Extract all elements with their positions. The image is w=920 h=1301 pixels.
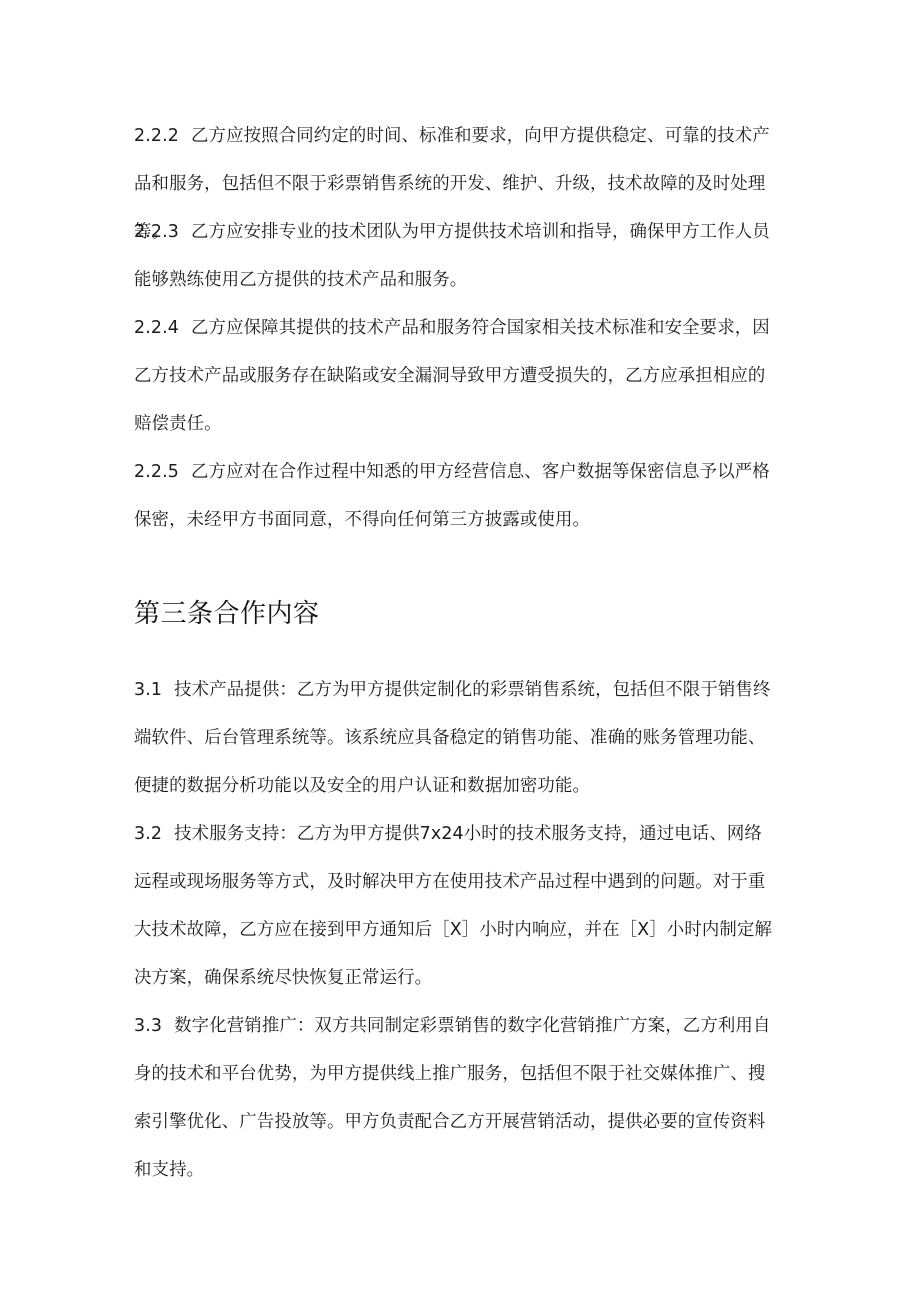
clause-number: 2.2.2 [134, 126, 179, 146]
clause-number: 2.2.3 [134, 222, 179, 242]
clause-3-1: 3.1技术产品提供：乙方为甲方提供定制化的彩票销售系统，包括但不限于销售终端软件… [134, 666, 774, 810]
clause-text: 数字化营销推广：双方共同制定彩票销售的数字化营销推广方案，乙方利用自身的技术和平… [134, 1016, 771, 1180]
clause-2-2-4: 2.2.4乙方应保障其提供的技术产品和服务符合国家相关技术标准和安全要求，因乙方… [134, 304, 774, 448]
clause-2-2-5: 2.2.5乙方应对在合作过程中知悉的甲方经营信息、客户数据等保密信息予以严格保密… [134, 448, 774, 544]
clause-3-3: 3.3数字化营销推广：双方共同制定彩票销售的数字化营销推广方案，乙方利用自身的技… [134, 1002, 774, 1194]
clause-text: 技术产品提供：乙方为甲方提供定制化的彩票销售系统，包括但不限于销售终端软件、后台… [134, 680, 771, 796]
clause-text: 乙方应安排专业的技术团队为甲方提供技术培训和指导，确保甲方工作人员能够熟练使用乙… [134, 222, 770, 290]
clause-number: 3.2 [134, 824, 162, 844]
clause-text: 乙方应对在合作过程中知悉的甲方经营信息、客户数据等保密信息予以严格保密，未经甲方… [134, 462, 770, 530]
clause-text: 技术服务支持：乙方为甲方提供7x24小时的技术服务支持，通过电话、网络远程或现场… [134, 824, 772, 988]
clause-number: 2.2.5 [134, 462, 179, 482]
clause-3-2: 3.2技术服务支持：乙方为甲方提供7x24小时的技术服务支持，通过电话、网络远程… [134, 810, 774, 1002]
clause-number: 3.1 [134, 680, 162, 700]
clause-number: 2.2.4 [134, 318, 179, 338]
clause-2-2-3: 2.2.3乙方应安排专业的技术团队为甲方提供技术培训和指导，确保甲方工作人员能够… [134, 208, 774, 304]
section-heading: 第三条合作内容 [134, 594, 320, 634]
clause-number: 3.3 [134, 1016, 162, 1036]
clause-text: 乙方应保障其提供的技术产品和服务符合国家相关技术标准和安全要求，因乙方技术产品或… [134, 318, 770, 434]
